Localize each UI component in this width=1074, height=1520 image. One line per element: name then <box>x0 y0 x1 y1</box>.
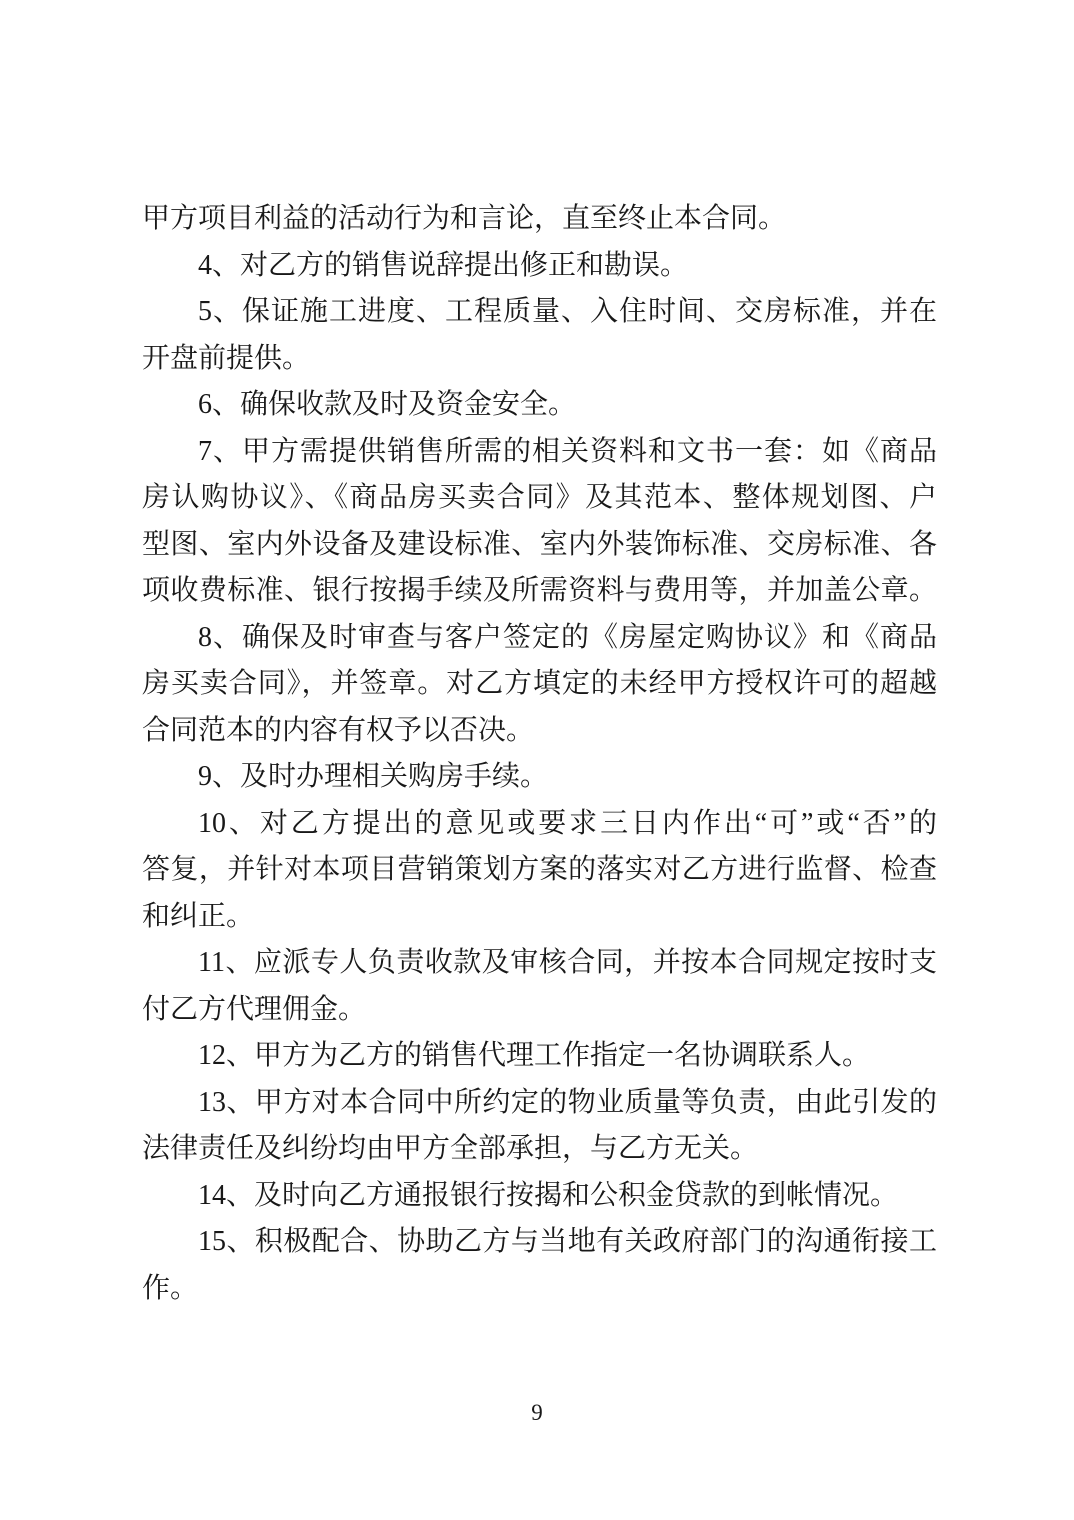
text-line: 9、及时办理相关购房手续。 <box>142 754 937 801</box>
text-line: 4、对乙方的销售说辞提出修正和勘误。 <box>142 243 937 290</box>
text-line: 14、及时向乙方通报银行按揭和公积金贷款的到帐情况。 <box>142 1173 937 1220</box>
text-line: 作。 <box>142 1266 937 1313</box>
text-line: 10、对乙方提出的意见或要求三日内作出“可”或“否”的 <box>142 801 937 848</box>
document-body: 甲方项目利益的活动行为和言论，直至终止本合同。4、对乙方的销售说辞提出修正和勘误… <box>142 196 937 1312</box>
text-line: 型图、室内外设备及建设标准、室内外装饰标准、交房标准、各 <box>142 522 937 569</box>
text-line: 法律责任及纠纷均由甲方全部承担，与乙方无关。 <box>142 1126 937 1173</box>
text-line: 5、保证施工进度、工程质量、入住时间、交房标准，并在 <box>142 289 937 336</box>
page-footer: 9 <box>0 1398 1074 1428</box>
text-line: 项收费标准、银行按揭手续及所需资料与费用等，并加盖公章。 <box>142 568 937 615</box>
text-line: 答复，并针对本项目营销策划方案的落实对乙方进行监督、检查 <box>142 847 937 894</box>
text-line: 8、确保及时审查与客户签定的《房屋定购协议》和《商品 <box>142 615 937 662</box>
document-page: 甲方项目利益的活动行为和言论，直至终止本合同。4、对乙方的销售说辞提出修正和勘误… <box>0 0 1074 1520</box>
page-number: 9 <box>531 1400 543 1425</box>
text-line: 合同范本的内容有权予以否决。 <box>142 708 937 755</box>
text-line: 6、确保收款及时及资金安全。 <box>142 382 937 429</box>
text-line: 12、甲方为乙方的销售代理工作指定一名协调联系人。 <box>142 1033 937 1080</box>
text-line: 房认购协议》、《商品房买卖合同》及其范本、整体规划图、户 <box>142 475 937 522</box>
text-line: 甲方项目利益的活动行为和言论，直至终止本合同。 <box>142 196 937 243</box>
text-line: 开盘前提供。 <box>142 336 937 383</box>
text-line: 房买卖合同》，并签章。对乙方填定的未经甲方授权许可的超越 <box>142 661 937 708</box>
text-line: 和纠正。 <box>142 894 937 941</box>
text-line: 15、积极配合、协助乙方与当地有关政府部门的沟通衔接工 <box>142 1219 937 1266</box>
text-line: 付乙方代理佣金。 <box>142 987 937 1034</box>
text-line: 7、甲方需提供销售所需的相关资料和文书一套：如《商品 <box>142 429 937 476</box>
text-line: 11、应派专人负责收款及审核合同，并按本合同规定按时支 <box>142 940 937 987</box>
text-line: 13、甲方对本合同中所约定的物业质量等负责，由此引发的 <box>142 1080 937 1127</box>
